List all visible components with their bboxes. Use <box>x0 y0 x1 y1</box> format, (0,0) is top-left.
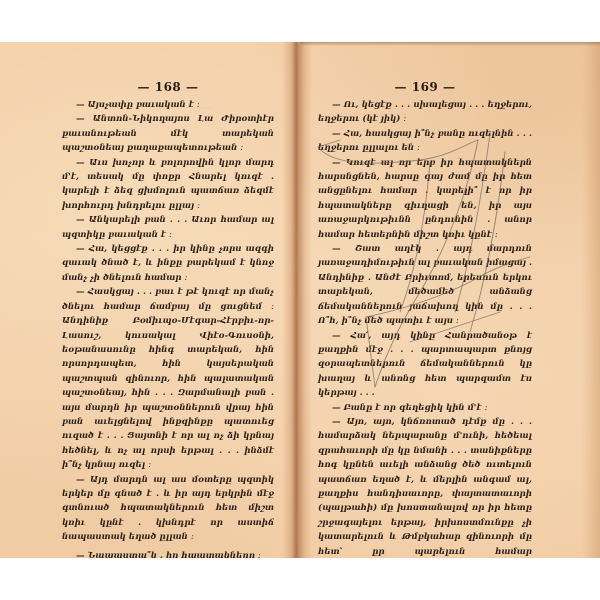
paragraph: — Ու, կեցէք ․ ․ ․ սխալեցայ ․ ․ ․ եղջերու… <box>318 98 532 127</box>
paragraph: — Կուզէ ալ որ երբ իր հպատակներն հարսնցնե… <box>318 156 532 242</box>
page-number: — 169 — <box>318 80 532 94</box>
paragraph: — Հասկցայ ․ ․ ․ բաւ է թէ կուզէ որ մանչ ծ… <box>62 285 274 472</box>
paragraph: — Այդ մարդն ալ աս մօտերը պզտիկ երկեր մը … <box>62 473 274 545</box>
paragraph: — Անկարելի բան ․ ․ ․ Աւոր համար ալ պզտիկ… <box>62 213 274 242</box>
page-body: — Այսչափը բաւական է ։ — Անտոն-Նիկողայոս … <box>62 98 274 558</box>
paragraph: — Հա, հասկցայ ի՞նչ բանը ուզելնին ․ ․ ․ ե… <box>318 127 532 156</box>
book-gutter-shadow <box>282 42 312 558</box>
paragraph: — Այո, այո, կնճռոտած դէմք մը ․ ․ ․ համար… <box>318 415 532 558</box>
right-page: — 169 — — Ու, կեցէք ․ ․ ․ սխալեցայ ․ ․ ․… <box>318 42 532 558</box>
paragraph: — Հա՛, այդ կինը Հանրածանօթ է քաղքին մէջ … <box>318 329 532 401</box>
page-number: — 168 — <box>62 80 274 94</box>
paragraph: — Նապաստա՞կ ․ իր հպատակները ։ <box>62 549 274 558</box>
paragraph: — Շատ աղէկ ․ այդ մարդուն յառաջադիմութիւն… <box>318 242 532 328</box>
paragraph: — Բանը է որ գեղեցիկ կին մ'է ։ <box>318 401 532 415</box>
paragraph: — Այսչափը բաւական է ։ <box>62 98 274 112</box>
page-body: — Ու, կեցէք ․ ․ ․ սխալեցայ ․ ․ ․ եղջերու… <box>318 98 532 558</box>
left-page: — 168 — — Այսչափը բաւական է ։ — Անտոն-Նի… <box>62 42 274 558</box>
paragraph: — Հա, կեցցէք ․ ․ ․ իր կինը չորս ազգի զաւ… <box>62 242 274 285</box>
page-edge-shadow <box>582 42 600 558</box>
paragraph: — Աւս խոչոր և բոլորովին կլոր մարդ մ'է, տ… <box>62 156 274 214</box>
book-spread: ·· ········ ··· ········ ········ ······… <box>0 42 600 558</box>
paragraph: — Անտոն-Նիկողայոս Լա Ժիրօտիէր քաւանութեա… <box>62 112 274 155</box>
